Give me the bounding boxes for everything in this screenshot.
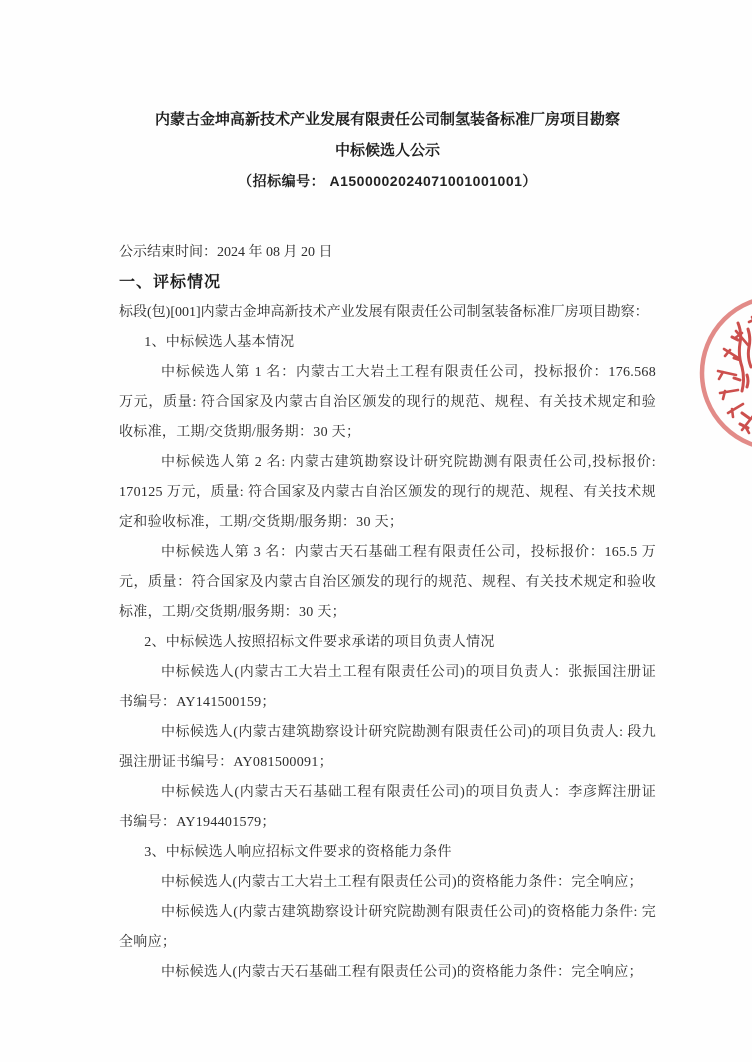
paragraph: 中标候选人(内蒙古建筑勘察设计研究院勘测有限责任公司)的项目负责人: 段九强注册… [119,718,656,778]
seal-center-script [732,323,752,428]
document-title: 内蒙古金坤高新技术产业发展有限责任公司制氢装备标准厂房项目勘察 中标候选人公示 … [119,104,656,196]
document-page: 内蒙古金坤高新技术产业发展有限责任公司制氢装备标准厂房项目勘察 中标候选人公示 … [0,0,752,1062]
publicity-end-time: 公示结束时间：2024 年 08 月 20 日 [119,238,656,268]
paragraph-list: 1、中标候选人基本情况中标候选人第 1 名：内蒙古工大岩土工程有限责任公司，投标… [119,328,656,988]
seal-rim-script [718,317,752,442]
paragraph: 中标候选人第 3 名：内蒙古天石基础工程有限责任公司，投标报价：165.5 万元… [119,538,656,628]
paragraph: 1、中标候选人基本情况 [119,328,656,358]
document-content: 内蒙古金坤高新技术产业发展有限责任公司制氢装备标准厂房项目勘察 中标候选人公示 … [119,0,656,988]
section-intro: 标段(包)[001]内蒙古金坤高新技术产业发展有限责任公司制氢装备标准厂房项目勘… [119,298,656,328]
paragraph: 中标候选人(内蒙古建筑勘察设计研究院勘测有限责任公司)的资格能力条件: 完全响应… [119,898,656,958]
paragraph: 中标候选人(内蒙古天石基础工程有限责任公司)的资格能力条件：完全响应； [119,958,656,988]
paragraph: 中标候选人第 2 名: 内蒙古建筑勘察设计研究院勘测有限责任公司,投标报价: 1… [119,448,656,538]
paragraph: 2、中标候选人按照招标文件要求承诺的项目负责人情况 [119,628,656,658]
official-seal-icon [698,293,752,453]
title-line-2: 中标候选人公示 [119,135,656,166]
paragraph: 中标候选人(内蒙古工大岩土工程有限责任公司)的资格能力条件：完全响应； [119,868,656,898]
title-line-1: 内蒙古金坤高新技术产业发展有限责任公司制氢装备标准厂房项目勘察 [119,104,656,135]
paragraph: 中标候选人(内蒙古天石基础工程有限责任公司)的项目负责人：李彦辉注册证书编号：A… [119,778,656,838]
paragraph: 中标候选人(内蒙古工大岩土工程有限责任公司)的项目负责人：张振国注册证书编号：A… [119,658,656,718]
paragraph: 3、中标候选人响应招标文件要求的资格能力条件 [119,838,656,868]
bid-number: （招标编号： A1500002024071001001001） [119,166,656,196]
section-heading: 一、评标情况 [119,268,656,298]
paragraph: 中标候选人第 1 名：内蒙古工大岩土工程有限责任公司，投标报价：176.568 … [119,358,656,448]
